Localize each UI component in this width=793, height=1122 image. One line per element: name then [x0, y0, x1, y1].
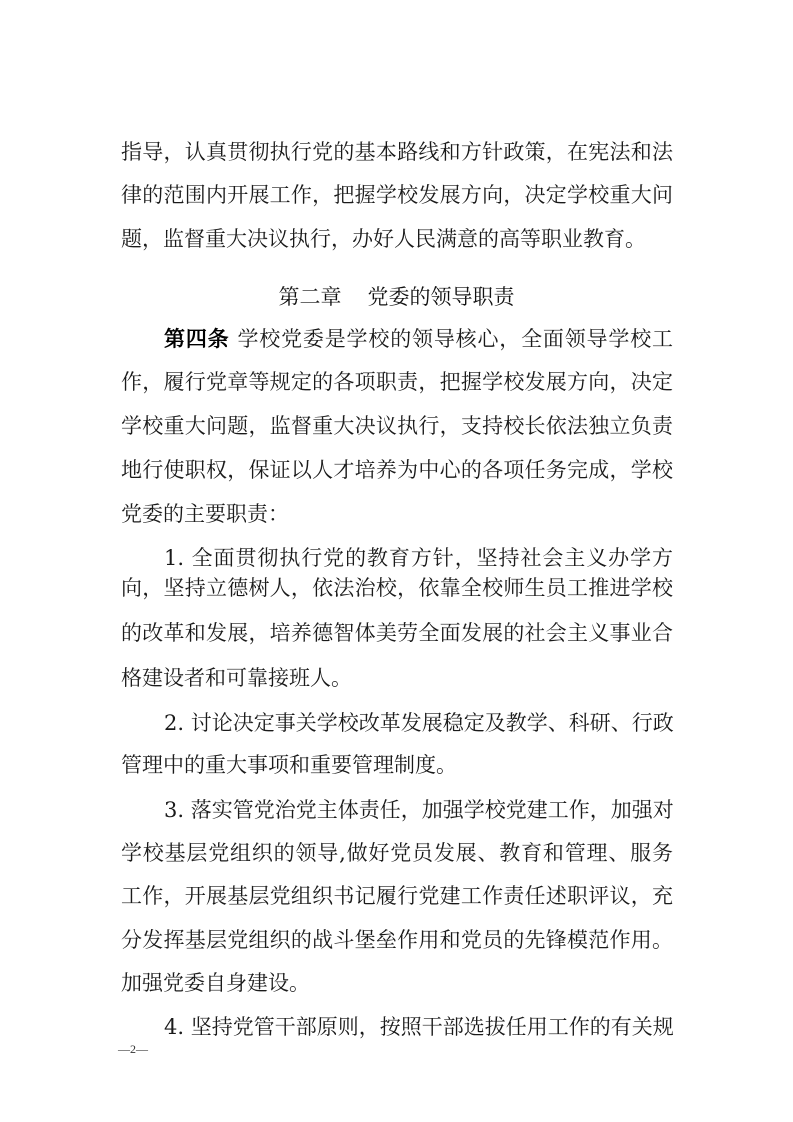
article-first-line: 第四条学校党委是学校的领导核心，全面领导学校工	[164, 324, 673, 354]
paragraph-line: 学校基层党组织的领导,做好党员发展、教育和管理、服务	[121, 838, 673, 868]
paragraph-line: 管理中的重大事项和重要管理制度。	[121, 750, 673, 780]
paragraph-line: 工作，开展基层党组织书记履行党建工作责任述职评议，充	[121, 881, 673, 911]
paragraph-line: 学校重大问题，监督重大决议执行，支持校长依法独立负责	[121, 411, 673, 441]
paragraph-line: 党委的主要职责：	[121, 499, 673, 529]
article-text: 学校党委是学校的领导核心，全面领导学校工	[237, 327, 673, 351]
list-item-first-line: 2. 讨论决定事关学校改革发展稳定及教学、科研、行政	[164, 708, 673, 738]
list-item-first-line: 3. 落实管党治党主体责任，加强学校党建工作，加强对	[164, 795, 673, 825]
paragraph-line: 题，监督重大决议执行，办好人民满意的高等职业教育。	[121, 224, 673, 254]
paragraph-line: 分发挥基层党组织的战斗堡垒作用和党员的先锋模范作用。	[121, 925, 673, 955]
paragraph-line: 的改革和发展，培养德智体美劳全面发展的社会主义事业合	[121, 618, 673, 648]
chapter-title: 党委的领导职责	[368, 285, 515, 309]
chapter-number: 第二章	[279, 285, 342, 309]
list-item-first-line: 4. 坚持党管干部原则，按照干部选拔任用工作的有关规	[164, 1012, 673, 1042]
paragraph-line: 律的范围内开展工作，把握学校发展方向，决定学校重大问	[121, 180, 673, 210]
paragraph-line: 加强党委自身建设。	[121, 968, 673, 998]
paragraph-line: 格建设者和可靠接班人。	[121, 663, 673, 693]
document-page: 指导，认真贯彻执行党的基本路线和方针政策，在宪法和法 律的范围内开展工作，把握学…	[0, 0, 793, 1122]
list-item-first-line: 1. 全面贯彻执行党的教育方针，坚持社会主义办学方	[164, 543, 673, 573]
paragraph-line: 向，坚持立德树人，依法治校，依靠全校师生员工推进学校	[121, 573, 673, 603]
paragraph-line: 指导，认真贯彻执行党的基本路线和方针政策，在宪法和法	[121, 137, 673, 167]
chapter-heading: 第二章党委的领导职责	[0, 282, 793, 312]
page-number: —2—	[118, 1042, 148, 1057]
paragraph-line: 作，履行党章等规定的各项职责，把握学校发展方向，决定	[121, 367, 673, 397]
paragraph-line: 地行使职权，保证以人才培养为中心的各项任务完成，学校	[121, 455, 673, 485]
article-label: 第四条	[164, 326, 229, 351]
